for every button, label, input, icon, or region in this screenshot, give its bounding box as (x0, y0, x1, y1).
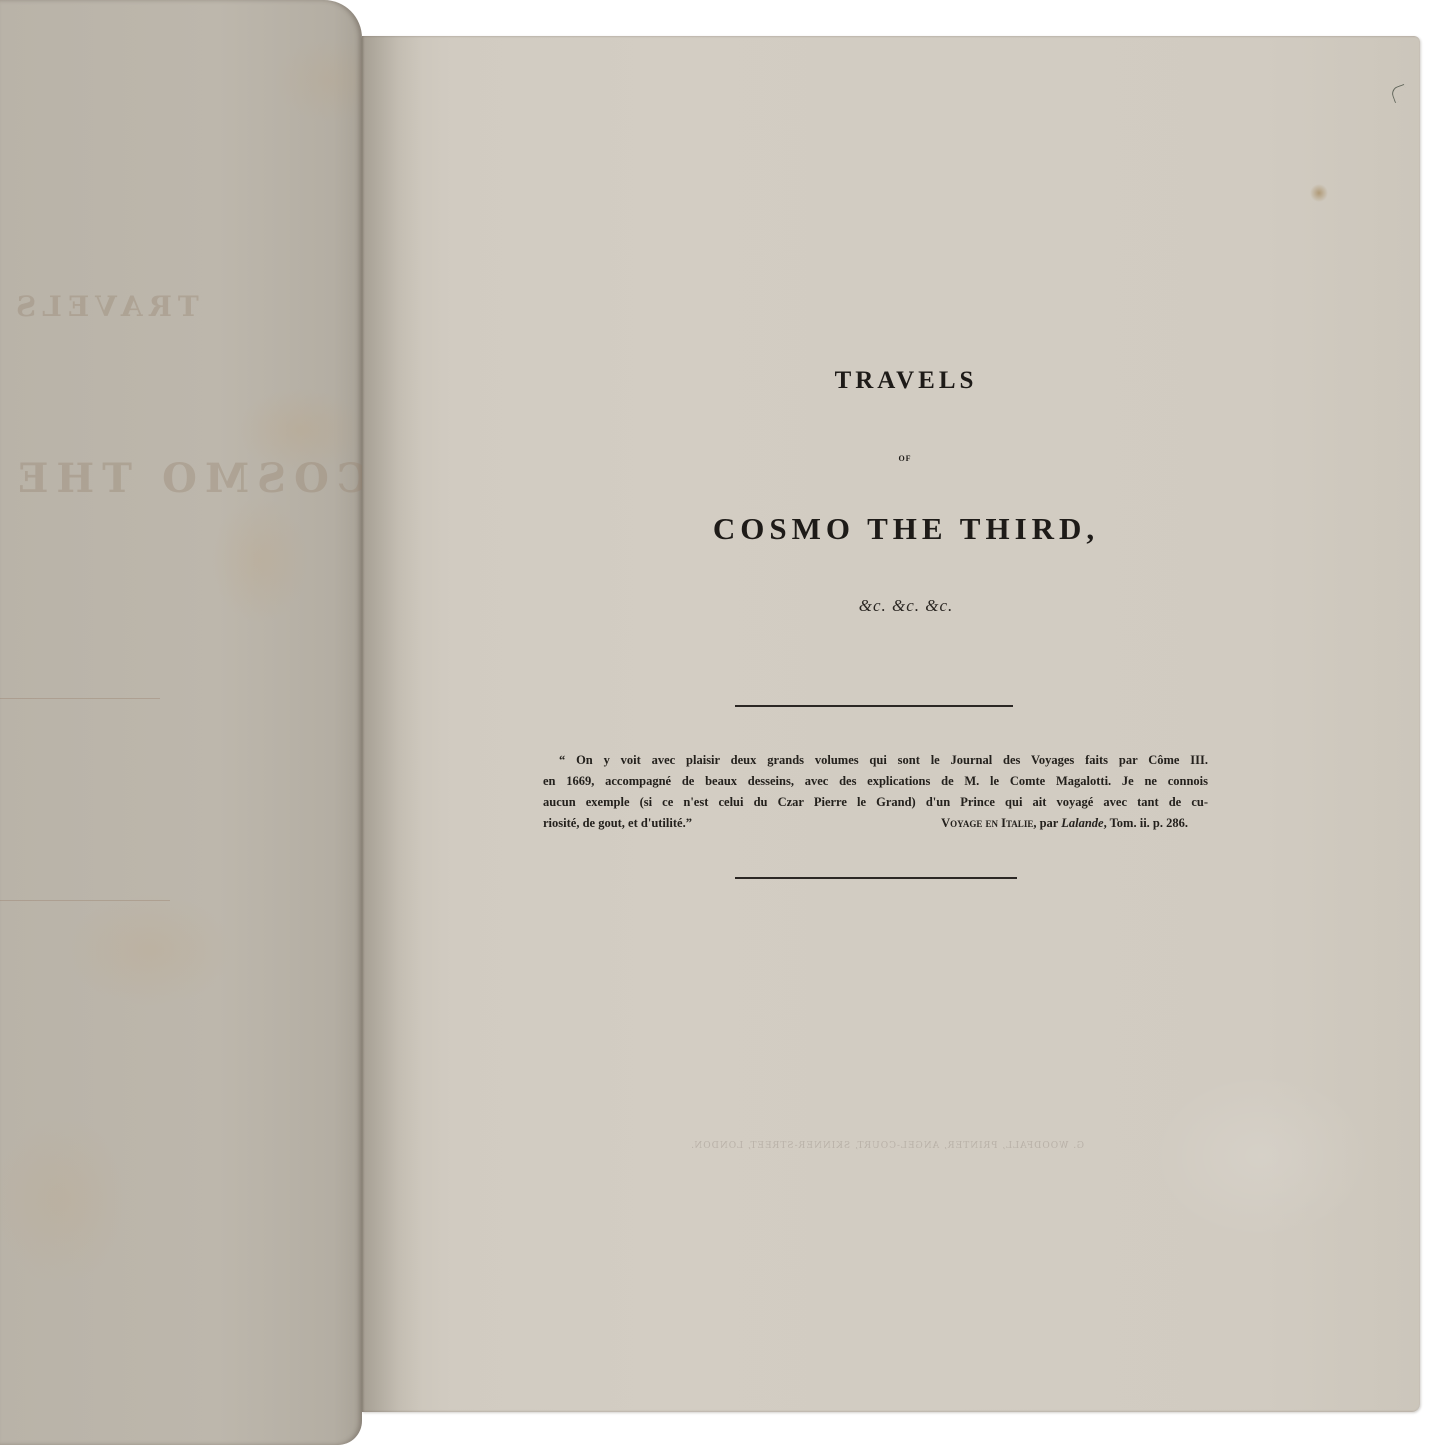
epigraph-quote-end: riosité, de gout, et d'utilité.” (543, 813, 692, 834)
title-line-main: COSMO THE THIRD, (362, 511, 1420, 547)
citation-par: , par (1033, 816, 1061, 830)
mirrored-offset-rule (0, 698, 160, 699)
mirrored-offset-travels: TRAVELS (10, 290, 199, 323)
title-line-of: OF (362, 454, 1420, 463)
epigraph-citation: Voyage en Italie, par Lalande, Tom. ii. … (941, 813, 1208, 834)
title-page-content: TRAVELS OF COSMO THE THIRD, &c. &c. &c. … (362, 36, 1420, 1412)
title-page: TRAVELS OF COSMO THE THIRD, &c. &c. &c. … (362, 36, 1420, 1412)
title-line-etc: &c. &c. &c. (362, 596, 1420, 616)
horizontal-rule-bottom (735, 877, 1017, 879)
citation-work: Voyage en Italie (941, 816, 1033, 830)
citation-author: Lalande (1061, 816, 1103, 830)
title-line-travels: TRAVELS (362, 367, 1420, 395)
epigraph-line-3: aucun exemple (si ce n'est celui du Czar… (543, 792, 1208, 813)
pencil-mark-icon (1390, 84, 1409, 103)
citation-reference: , Tom. ii. p. 286. (1104, 816, 1188, 830)
mirrored-offset-rule (0, 900, 170, 901)
book-spread: TRAVELS COSMO THE TRAVELS OF COSMO THE T… (0, 0, 1445, 1445)
epigraph-line-1: “ On y voit avec plaisir deux grands vol… (543, 750, 1208, 771)
horizontal-rule-top (735, 705, 1013, 707)
left-flyleaf-page: TRAVELS COSMO THE (0, 0, 362, 1445)
epigraph-line-4: riosité, de gout, et d'utilité.” Voyage … (543, 813, 1208, 834)
printer-imprint-showthrough: G. WOODFALL, PRINTER, ANGEL-COURT, SKINN… (667, 1141, 1107, 1151)
epigraph-quote: “ On y voit avec plaisir deux grands vol… (543, 750, 1208, 834)
epigraph-line-2: en 1669, accompagné de beaux desseins, a… (543, 771, 1208, 792)
mirrored-offset-cosmo: COSMO THE (10, 455, 369, 502)
